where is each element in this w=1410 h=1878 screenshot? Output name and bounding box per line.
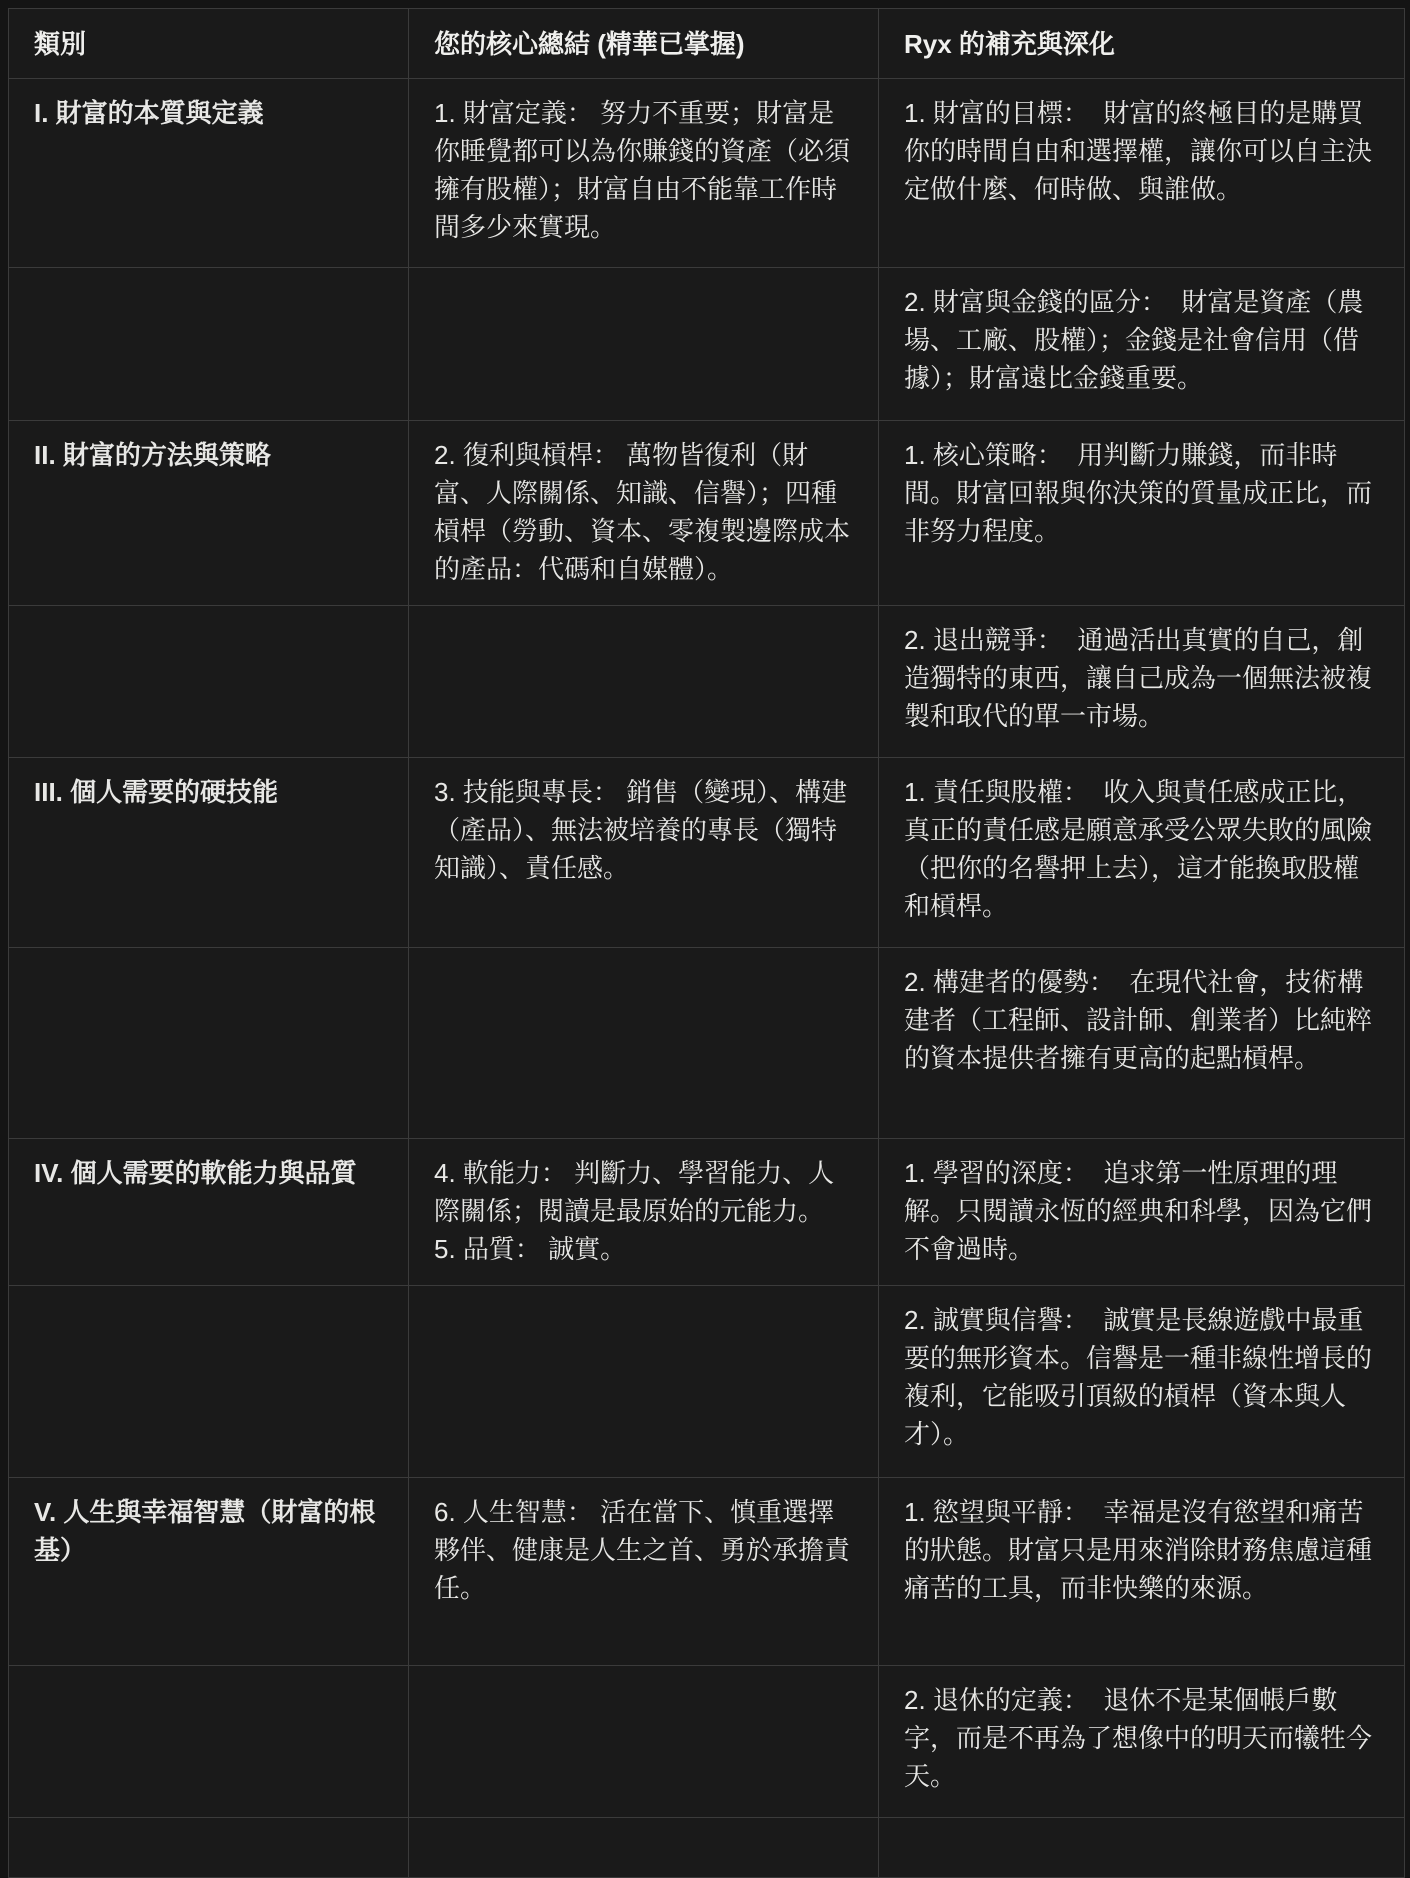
empty-cell: [879, 1818, 1405, 1829]
table-row: 2. 財富與金錢的區分： 財富是資產（農場、工廠、股權）；金錢是社會信用（借據）…: [9, 268, 1405, 421]
empty-cell: [9, 1286, 409, 1478]
table-row: III. 個人需要的硬技能 3. 技能與專長： 銷售（變現）、構建（產品）、無法…: [9, 758, 1405, 948]
supplement-cell: 1. 責任與股權： 收入與責任感成正比，真正的責任感是願意承受公眾失敗的風險（把…: [879, 758, 1405, 948]
column-header-category: 類別: [9, 9, 409, 79]
summary-cell: 6. 人生智慧： 活在當下、慎重選擇夥伴、健康是人生之首、勇於承擔責任。: [409, 1478, 879, 1666]
empty-cell: [9, 1666, 409, 1818]
table-row: 2. 誠實與信譽： 誠實是長線遊戲中最重要的無形資本。信譽是一種非線性增長的複利…: [9, 1286, 1405, 1478]
wealth-wisdom-table-container: 類別 您的核心總結 (精華已掌握) Ryx 的補充與深化 I. 財富的本質與定義…: [8, 8, 1404, 1828]
header-row: 類別 您的核心總結 (精華已掌握) Ryx 的補充與深化: [9, 9, 1405, 79]
supplement-cell: 1. 核心策略： 用判斷力賺錢，而非時間。財富回報與你決策的質量成正比，而非努力…: [879, 421, 1405, 606]
category-cell: II. 財富的方法與策略: [9, 421, 409, 606]
table-row-partial: [9, 1818, 1405, 1829]
table-row: 2. 構建者的優勢： 在現代社會，技術構建者（工程師、設計師、創業者）比純粹的資…: [9, 948, 1405, 1139]
supplement-cell: 2. 誠實與信譽： 誠實是長線遊戲中最重要的無形資本。信譽是一種非線性增長的複利…: [879, 1286, 1405, 1478]
column-header-supplement: Ryx 的補充與深化: [879, 9, 1405, 79]
empty-cell: [409, 606, 879, 758]
supplement-cell: 2. 退出競爭： 通過活出真實的自己，創造獨特的東西，讓自己成為一個無法被複製和…: [879, 606, 1405, 758]
empty-cell: [9, 948, 409, 1139]
table-row: 2. 退出競爭： 通過活出真實的自己，創造獨特的東西，讓自己成為一個無法被複製和…: [9, 606, 1405, 758]
supplement-cell: 2. 財富與金錢的區分： 財富是資產（農場、工廠、股權）；金錢是社會信用（借據）…: [879, 268, 1405, 421]
empty-cell: [9, 606, 409, 758]
empty-cell: [9, 1818, 409, 1829]
supplement-cell: 1. 慾望與平靜： 幸福是沒有慾望和痛苦的狀態。財富只是用來消除財務焦慮這種痛苦…: [879, 1478, 1405, 1666]
summary-cell: 2. 復利與槓桿： 萬物皆復利（財富、人際關係、知識、信譽）；四種槓桿（勞動、資…: [409, 421, 879, 606]
summary-cell: 4. 軟能力： 判斷力、學習能力、人際關係；閱讀是最原始的元能力。 5. 品質：…: [409, 1139, 879, 1286]
empty-cell: [9, 268, 409, 421]
column-header-summary: 您的核心總結 (精華已掌握): [409, 9, 879, 79]
category-cell: IV. 個人需要的軟能力與品質: [9, 1139, 409, 1286]
table-row: V. 人生與幸福智慧（財富的根基） 6. 人生智慧： 活在當下、慎重選擇夥伴、健…: [9, 1478, 1405, 1666]
category-cell: V. 人生與幸福智慧（財富的根基）: [9, 1478, 409, 1666]
summary-cell: 1. 財富定義： 努力不重要；財富是你睡覺都可以為你賺錢的資產（必須擁有股權）；…: [409, 79, 879, 268]
table-row: 2. 退休的定義： 退休不是某個帳戶數字，而是不再為了想像中的明天而犧牲今天。: [9, 1666, 1405, 1818]
empty-cell: [409, 268, 879, 421]
empty-cell: [409, 1286, 879, 1478]
empty-cell: [409, 1666, 879, 1818]
empty-cell: [409, 948, 879, 1139]
summary-cell: 3. 技能與專長： 銷售（變現）、構建（產品）、無法被培養的專長（獨特知識）、責…: [409, 758, 879, 948]
supplement-cell: 1. 財富的目標： 財富的終極目的是購買你的時間自由和選擇權，讓你可以自主決定做…: [879, 79, 1405, 268]
category-cell: III. 個人需要的硬技能: [9, 758, 409, 948]
table-row: II. 財富的方法與策略 2. 復利與槓桿： 萬物皆復利（財富、人際關係、知識、…: [9, 421, 1405, 606]
supplement-cell: 1. 學習的深度： 追求第一性原理的理解。只閱讀永恆的經典和科學，因為它們不會過…: [879, 1139, 1405, 1286]
supplement-cell: 2. 退休的定義： 退休不是某個帳戶數字，而是不再為了想像中的明天而犧牲今天。: [879, 1666, 1405, 1818]
empty-cell: [409, 1818, 879, 1829]
wealth-wisdom-table: 類別 您的核心總結 (精華已掌握) Ryx 的補充與深化 I. 財富的本質與定義…: [8, 8, 1405, 1828]
category-cell: I. 財富的本質與定義: [9, 79, 409, 268]
supplement-cell: 2. 構建者的優勢： 在現代社會，技術構建者（工程師、設計師、創業者）比純粹的資…: [879, 948, 1405, 1139]
table-row: IV. 個人需要的軟能力與品質 4. 軟能力： 判斷力、學習能力、人際關係；閱讀…: [9, 1139, 1405, 1286]
table-row: I. 財富的本質與定義 1. 財富定義： 努力不重要；財富是你睡覺都可以為你賺錢…: [9, 79, 1405, 268]
